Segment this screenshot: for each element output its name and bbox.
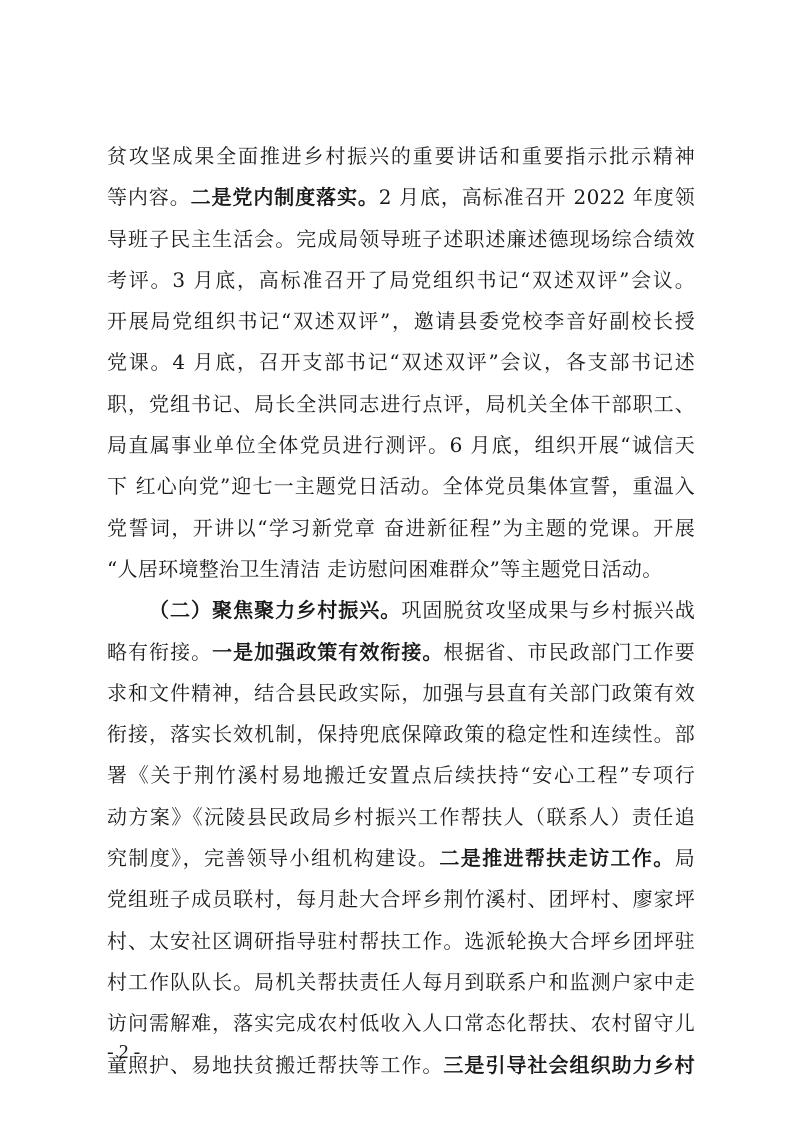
text-segment: 访问需解难，落实完成农村低收入人口常态化帮扶、农村留守儿 (107, 1011, 695, 1035)
text-line: （二）聚焦聚力乡村振兴。巩固脱贫攻坚成果与乡村振兴战 (107, 590, 695, 631)
text-segment: 贫攻坚成果全面推进乡村振兴的重要讲话和重要指示批示精神 (107, 144, 695, 168)
text-segment: 党课。4 月底，召开支部书记“双述双评”会议，各支部书记述 (107, 350, 695, 374)
text-segment: 党誓词，开讲以“学习新党章 奋进新征程”为主题的党课。开展 (107, 516, 695, 540)
text-segment: 党组班子成员联村，每月赴大合坪乡荆竹溪村、团坪村、廖家坪 (107, 887, 695, 911)
text-segment: 动方案》《沅陵县民政局乡村振兴工作帮扶人（联系人）责任追 (107, 805, 695, 829)
text-line: 略有衔接。一是加强政策有效衔接。根据省、市民政部门工作要 (107, 632, 695, 673)
bold-text-segment: 三是引导社会组织助力乡村 (443, 1053, 695, 1077)
bold-text-segment: 一是加强政策有效衔接。 (212, 640, 443, 664)
text-line: 动方案》《沅陵县民政局乡村振兴工作帮扶人（联系人）责任追 (107, 797, 695, 838)
text-line: 村、太安社区调研指导驻村帮扶工作。选派轮换大合坪乡团坪驻 (107, 921, 695, 962)
text-line: 童照护、易地扶贫搬迁帮扶等工作。三是引导社会组织助力乡村 (107, 1045, 695, 1086)
bold-text-segment: （二）聚焦聚力乡村振兴。 (149, 598, 401, 622)
text-line: 考评。3 月底，高标准召开了局党组织书记“双述双评”会议。 (107, 260, 695, 301)
text-segment: “人居环境整治卫生清洁 走访慰问困难群众”等主题党日活动。 (107, 557, 663, 581)
text-segment: 究制度》，完善领导小组机构建设。 (107, 846, 439, 870)
text-segment: 导班子民主生活会。完成局领导班子述职述廉述德现场综合绩效 (107, 227, 695, 251)
text-line: 究制度》，完善领导小组机构建设。二是推进帮扶走访工作。局 (107, 838, 695, 879)
text-segment: 衔接，落实长效机制，保持兜底保障政策的稳定性和连续性。部 (107, 722, 695, 746)
text-line: 导班子民主生活会。完成局领导班子述职述廉述德现场综合绩效 (107, 219, 695, 260)
text-segment: 村工作队队长。局机关帮扶责任人每月到联系户和监测户家中走 (107, 970, 695, 994)
text-segment: 求和文件精神，结合县民政实际，加强与县直有关部门政策有效 (107, 681, 695, 705)
text-segment: 局 (675, 846, 695, 870)
text-line: 等内容。二是党内制度落实。2 月底，高标准召开 2022 年度领 (107, 177, 695, 218)
text-line: 衔接，落实长效机制，保持兜底保障政策的稳定性和连续性。部 (107, 714, 695, 755)
text-line: 局直属事业单位全体党员进行测评。6 月底，组织开展“诚信天 (107, 425, 695, 466)
text-segment: 局直属事业单位全体党员进行测评。6 月底，组织开展“诚信天 (107, 433, 695, 457)
page-number: - 2 - (107, 1041, 140, 1064)
document-page: 贫攻坚成果全面推进乡村振兴的重要讲话和重要指示批示精神等内容。二是党内制度落实。… (0, 0, 793, 1122)
text-line: 贫攻坚成果全面推进乡村振兴的重要讲话和重要指示批示精神 (107, 136, 695, 177)
text-line: 署《关于荆竹溪村易地搬迁安置点后续扶持“安心工程”专项行 (107, 755, 695, 796)
text-segment: 等内容。 (107, 185, 191, 209)
text-line: 开展局党组织书记“双述双评”，邀请县委党校李音好副校长授 (107, 301, 695, 342)
bold-text-segment: 二是推进帮扶走访工作。 (439, 846, 674, 870)
text-line: 求和文件精神，结合县民政实际，加强与县直有关部门政策有效 (107, 673, 695, 714)
text-line: 党课。4 月底，召开支部书记“双述双评”会议，各支部书记述 (107, 342, 695, 383)
text-line: 村工作队队长。局机关帮扶责任人每月到联系户和监测户家中走 (107, 962, 695, 1003)
text-segment: 根据省、市民政部门工作要 (443, 640, 695, 664)
text-segment: 童照护、易地扶贫搬迁帮扶等工作。 (107, 1053, 443, 1077)
text-line: 职，党组书记、局长全洪同志进行点评，局机关全体干部职工、 (107, 384, 695, 425)
text-segment: 职，党组书记、局长全洪同志进行点评，局机关全体干部职工、 (107, 392, 695, 416)
text-segment: 考评。3 月底，高标准召开了局党组织书记“双述双评”会议。 (107, 268, 695, 292)
text-segment: 略有衔接。 (107, 640, 212, 664)
text-segment: 巩固脱贫攻坚成果与乡村振兴战 (401, 598, 695, 622)
text-segment: 署《关于荆竹溪村易地搬迁安置点后续扶持“安心工程”专项行 (107, 763, 695, 787)
text-segment: 2 月底，高标准召开 2022 年度领 (379, 185, 695, 209)
text-line: 下 红心向党”迎七一主题党日活动。全体党员集体宣誓，重温入 (107, 466, 695, 507)
document-body: 贫攻坚成果全面推进乡村振兴的重要讲话和重要指示批示精神等内容。二是党内制度落实。… (107, 136, 695, 1086)
text-line: 党誓词，开讲以“学习新党章 奋进新征程”为主题的党课。开展 (107, 508, 695, 549)
text-line: 党组班子成员联村，每月赴大合坪乡荆竹溪村、团坪村、廖家坪 (107, 879, 695, 920)
bold-text-segment: 二是党内制度落实。 (191, 185, 379, 209)
text-line: 访问需解难，落实完成农村低收入人口常态化帮扶、农村留守儿 (107, 1003, 695, 1044)
text-line: “人居环境整治卫生清洁 走访慰问困难群众”等主题党日活动。 (107, 549, 695, 590)
text-segment: 开展局党组织书记“双述双评”，邀请县委党校李音好副校长授 (107, 309, 695, 333)
text-segment: 下 红心向党”迎七一主题党日活动。全体党员集体宣誓，重温入 (107, 474, 695, 498)
text-segment: 村、太安社区调研指导驻村帮扶工作。选派轮换大合坪乡团坪驻 (107, 929, 695, 953)
